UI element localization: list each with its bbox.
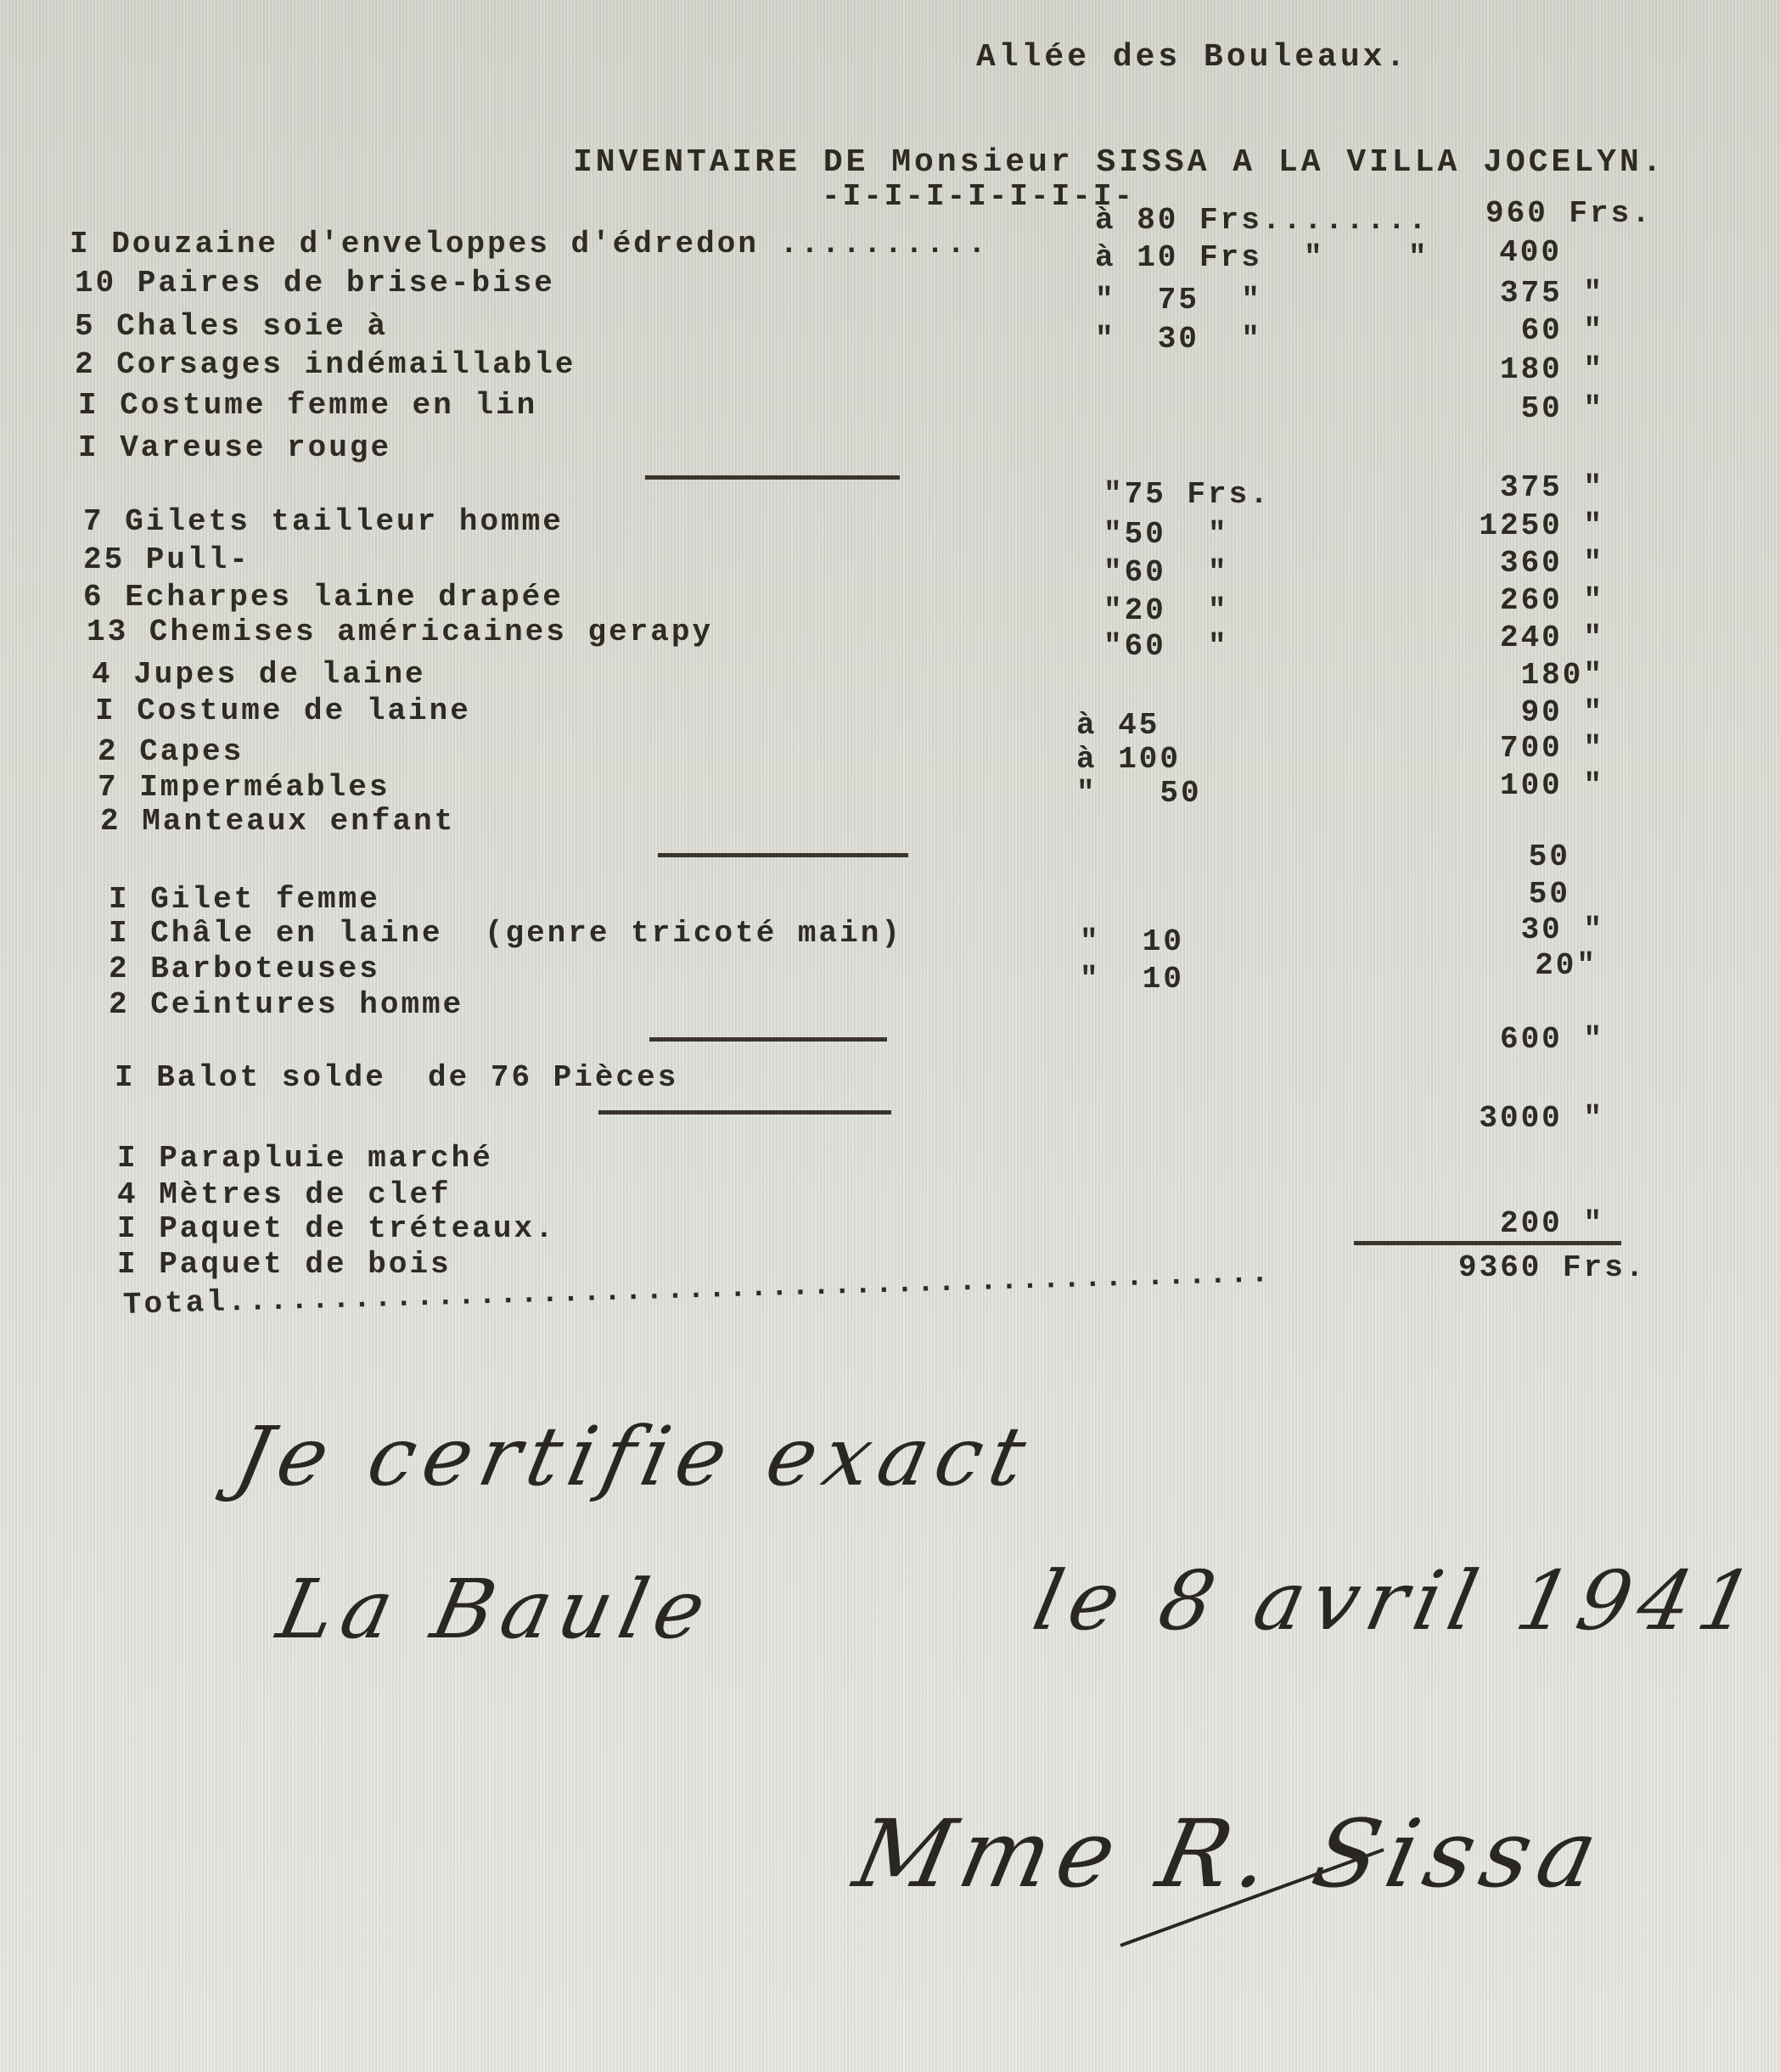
signature: Mme R. Sissa	[845, 1800, 1614, 1908]
item-description: 7 Gilets tailleur homme	[83, 505, 564, 539]
document-title: INVENTAIRE DE Monsieur SISSA A LA VILLA …	[573, 146, 1665, 180]
item-description: I Paquet de bois	[117, 1248, 452, 1282]
item-description: I Châle en laine (genre tricoté main)	[109, 917, 902, 951]
item-unit-price: "20 "	[1103, 594, 1229, 628]
section-divider	[649, 1037, 887, 1042]
item-description: I Gilet femme	[109, 883, 380, 917]
item-total: 100 "	[1401, 769, 1604, 803]
item-total: 20"	[1401, 949, 1598, 983]
address-line: Allée des Bouleaux.	[976, 41, 1408, 75]
item-description: 2 Corsages indémaillable	[75, 348, 576, 382]
section-divider	[658, 853, 908, 857]
item-unit-price: "75 Frs.	[1103, 478, 1271, 512]
item-description: I Douzaine d'enveloppes d'édredon ......…	[70, 227, 989, 261]
handwritten-date: le 8 avril 1941	[1025, 1553, 1770, 1648]
item-total: 240 "	[1401, 621, 1604, 655]
item-total: 700 "	[1401, 732, 1604, 766]
item-total: 30 "	[1401, 913, 1604, 947]
item-total: 375 "	[1401, 471, 1604, 505]
item-description: 13 Chemises américaines gerapy	[87, 615, 713, 649]
handwritten-certification: Je certifie exact	[227, 1409, 1042, 1504]
total-underline	[1354, 1241, 1621, 1245]
item-unit-price: à 45	[1076, 709, 1160, 743]
item-unit-price: "60 "	[1103, 556, 1229, 590]
item-description: 4 Mètres de clef	[117, 1178, 452, 1212]
item-total: 180 "	[1401, 353, 1604, 387]
item-unit-price: à 100	[1076, 743, 1181, 777]
total-value: 9360 Frs.	[1458, 1251, 1646, 1285]
item-description: I Balot solde de 76 Pièces	[115, 1061, 678, 1095]
item-unit-price: "60 "	[1103, 630, 1229, 664]
item-unit-price: " 10	[1080, 963, 1184, 997]
item-description: I Costume de laine	[95, 694, 471, 728]
section-divider	[598, 1110, 891, 1115]
item-description: 5 Chales soie à	[75, 310, 388, 344]
item-description: I Paquet de tréteaux.	[117, 1212, 556, 1246]
item-total: 400	[1401, 236, 1562, 270]
item-description: 2 Barboteuses	[109, 952, 380, 986]
item-total: 90 "	[1401, 696, 1604, 730]
item-total: 375 "	[1401, 277, 1604, 311]
item-description: 10 Paires de brise-bise	[75, 267, 555, 300]
item-unit-price: "50 "	[1103, 518, 1229, 552]
title-separator: -I-I-I-I-I-I-I-	[822, 180, 1135, 214]
item-unit-price: " 75 "	[1095, 284, 1262, 317]
item-total: 3000 "	[1401, 1102, 1604, 1136]
item-description: I Parapluie marché	[117, 1142, 493, 1176]
scanned-document: Allée des Bouleaux. INVENTAIRE DE Monsie…	[0, 0, 1780, 2072]
item-unit-price: " 50	[1076, 777, 1202, 811]
item-total: 360 "	[1401, 547, 1604, 581]
item-total: 50 "	[1401, 392, 1604, 426]
item-description: 2 Manteaux enfant	[100, 805, 455, 839]
item-total: 600 "	[1401, 1023, 1604, 1057]
item-total: 1250 "	[1401, 509, 1604, 543]
handwritten-place: La Baule	[270, 1562, 722, 1657]
item-total: 960 Frs.	[1485, 197, 1653, 231]
item-total: 60 "	[1401, 314, 1604, 348]
item-description: 7 Imperméables	[98, 771, 390, 805]
item-description: I Costume femme en lin	[78, 389, 537, 423]
item-description: 4 Jupes de laine	[92, 658, 426, 692]
item-unit-price: " 30 "	[1095, 323, 1262, 357]
item-description: 25 Pull-	[83, 543, 250, 577]
item-unit-price: à 10 Frs " "	[1095, 241, 1429, 275]
item-total: 260 "	[1401, 584, 1604, 618]
item-description: 2 Capes	[98, 735, 244, 769]
item-description: I Vareuse rouge	[78, 431, 391, 465]
item-total: 200 "	[1401, 1207, 1604, 1241]
item-total: 50	[1401, 840, 1570, 874]
item-unit-price: " 10	[1080, 925, 1184, 959]
item-description: 2 Ceintures homme	[109, 988, 463, 1022]
item-total: 50	[1401, 878, 1570, 912]
item-description: 6 Echarpes laine drapée	[83, 581, 564, 615]
section-divider	[645, 475, 900, 480]
item-total: 180"	[1401, 659, 1604, 693]
item-unit-price: à 80 Frs........	[1095, 204, 1429, 238]
